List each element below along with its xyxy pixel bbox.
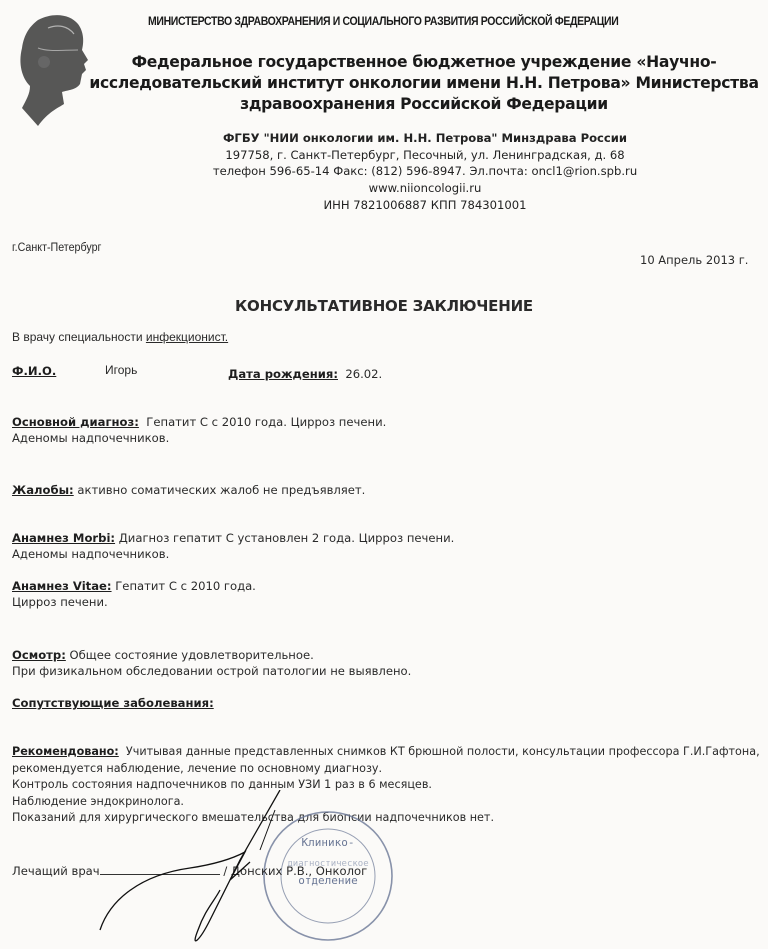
section-label: Анамнез Morbi: [12,531,115,545]
fio-label: Ф.И.О. [12,363,56,379]
fio-value: Игорь [105,363,137,377]
section-label: Жалобы: [12,483,74,497]
document-date: 10 Апрель 2013 г. [640,253,748,267]
ministry-heading: МИНИСТЕРСТВО ЗДРАВОХРАНЕНИЯ И СОЦИАЛЬНОГ… [148,14,664,28]
section-diagnosis: Основной диагноз: Гепатит С с 2010 года.… [12,414,762,446]
section-anamnesis-morbi: Анамнез Morbi: Диагноз гепатит С установ… [12,530,762,562]
contact-block: ФГБУ "НИИ онкологии им. Н.Н. Петрова" Ми… [200,130,650,214]
section-line: Учитывая данные представленных снимков К… [126,745,760,758]
institution-line: исследовательский институт онкологии име… [88,73,760,94]
institution-line: Федеральное государственное бюджетное уч… [88,52,760,73]
section-line: рекомендуется наблюдение, лечение по осн… [12,762,382,775]
section-label: Основной диагноз: [12,415,139,429]
document-title: КОНСУЛЬТАТИВНОЕ ЗАКЛЮЧЕНИЕ [0,297,768,315]
section-line: Общее состояние удовлетворительное. [70,648,314,662]
section-line: Диагноз гепатит С установлен 2 года. Цир… [119,531,455,545]
institution-line: здравоохранения Российской Федерации [88,94,760,115]
phones: телефон 596-65-14 Факс: (812) 596-8947. … [200,163,650,180]
dob-value: 26.02. [345,367,382,381]
section-line: Цирроз печени. [12,595,108,609]
handwritten-signature-icon [80,790,340,949]
section-line: Гепатит С с 2010 года. [115,579,256,593]
short-name: ФГБУ "НИИ онкологии им. Н.Н. Петрова" Ми… [200,130,650,147]
city: г.Санкт-Петербург [12,242,101,254]
section-comorbidities: Сопутствующие заболевания: [12,695,762,711]
address: 197758, г. Санкт-Петербург, Песочный, ул… [200,147,650,164]
institution-name: Федеральное государственное бюджетное уч… [88,52,760,115]
addressee-prefix: В врачу специальности [12,330,143,344]
addressee: В врачу специальности инфекционист. [12,330,228,344]
section-label: Рекомендовано: [12,745,119,758]
section-line: При физикальном обследовании острой пато… [12,664,411,678]
section-label: Осмотр: [12,648,66,662]
section-line: Гепатит С с 2010 года. Цирроз печени. [146,415,386,429]
section-anamnesis-vitae: Анамнез Vitae: Гепатит С с 2010 года. Ци… [12,578,762,610]
website-link[interactable]: www.niioncologii.ru [200,180,650,197]
section-line: активно соматических жалоб не предъявляе… [77,483,365,497]
section-line: Аденомы надпочечников. [12,431,169,445]
specialty: инфекционист. [146,330,228,344]
dob-label: Дата рождения: [228,367,338,381]
section-examination: Осмотр: Общее состояние удовлетворительн… [12,647,762,679]
section-label: Анамнез Vitae: [12,579,112,593]
dob: Дата рождения: 26.02. [228,366,382,382]
tax-ids: ИНН 7821006887 КПП 784301001 [200,197,650,214]
section-line: Аденомы надпочечников. [12,547,169,561]
section-label: Сопутствующие заболевания: [12,696,214,710]
section-complaints: Жалобы: активно соматических жалоб не пр… [12,482,762,498]
